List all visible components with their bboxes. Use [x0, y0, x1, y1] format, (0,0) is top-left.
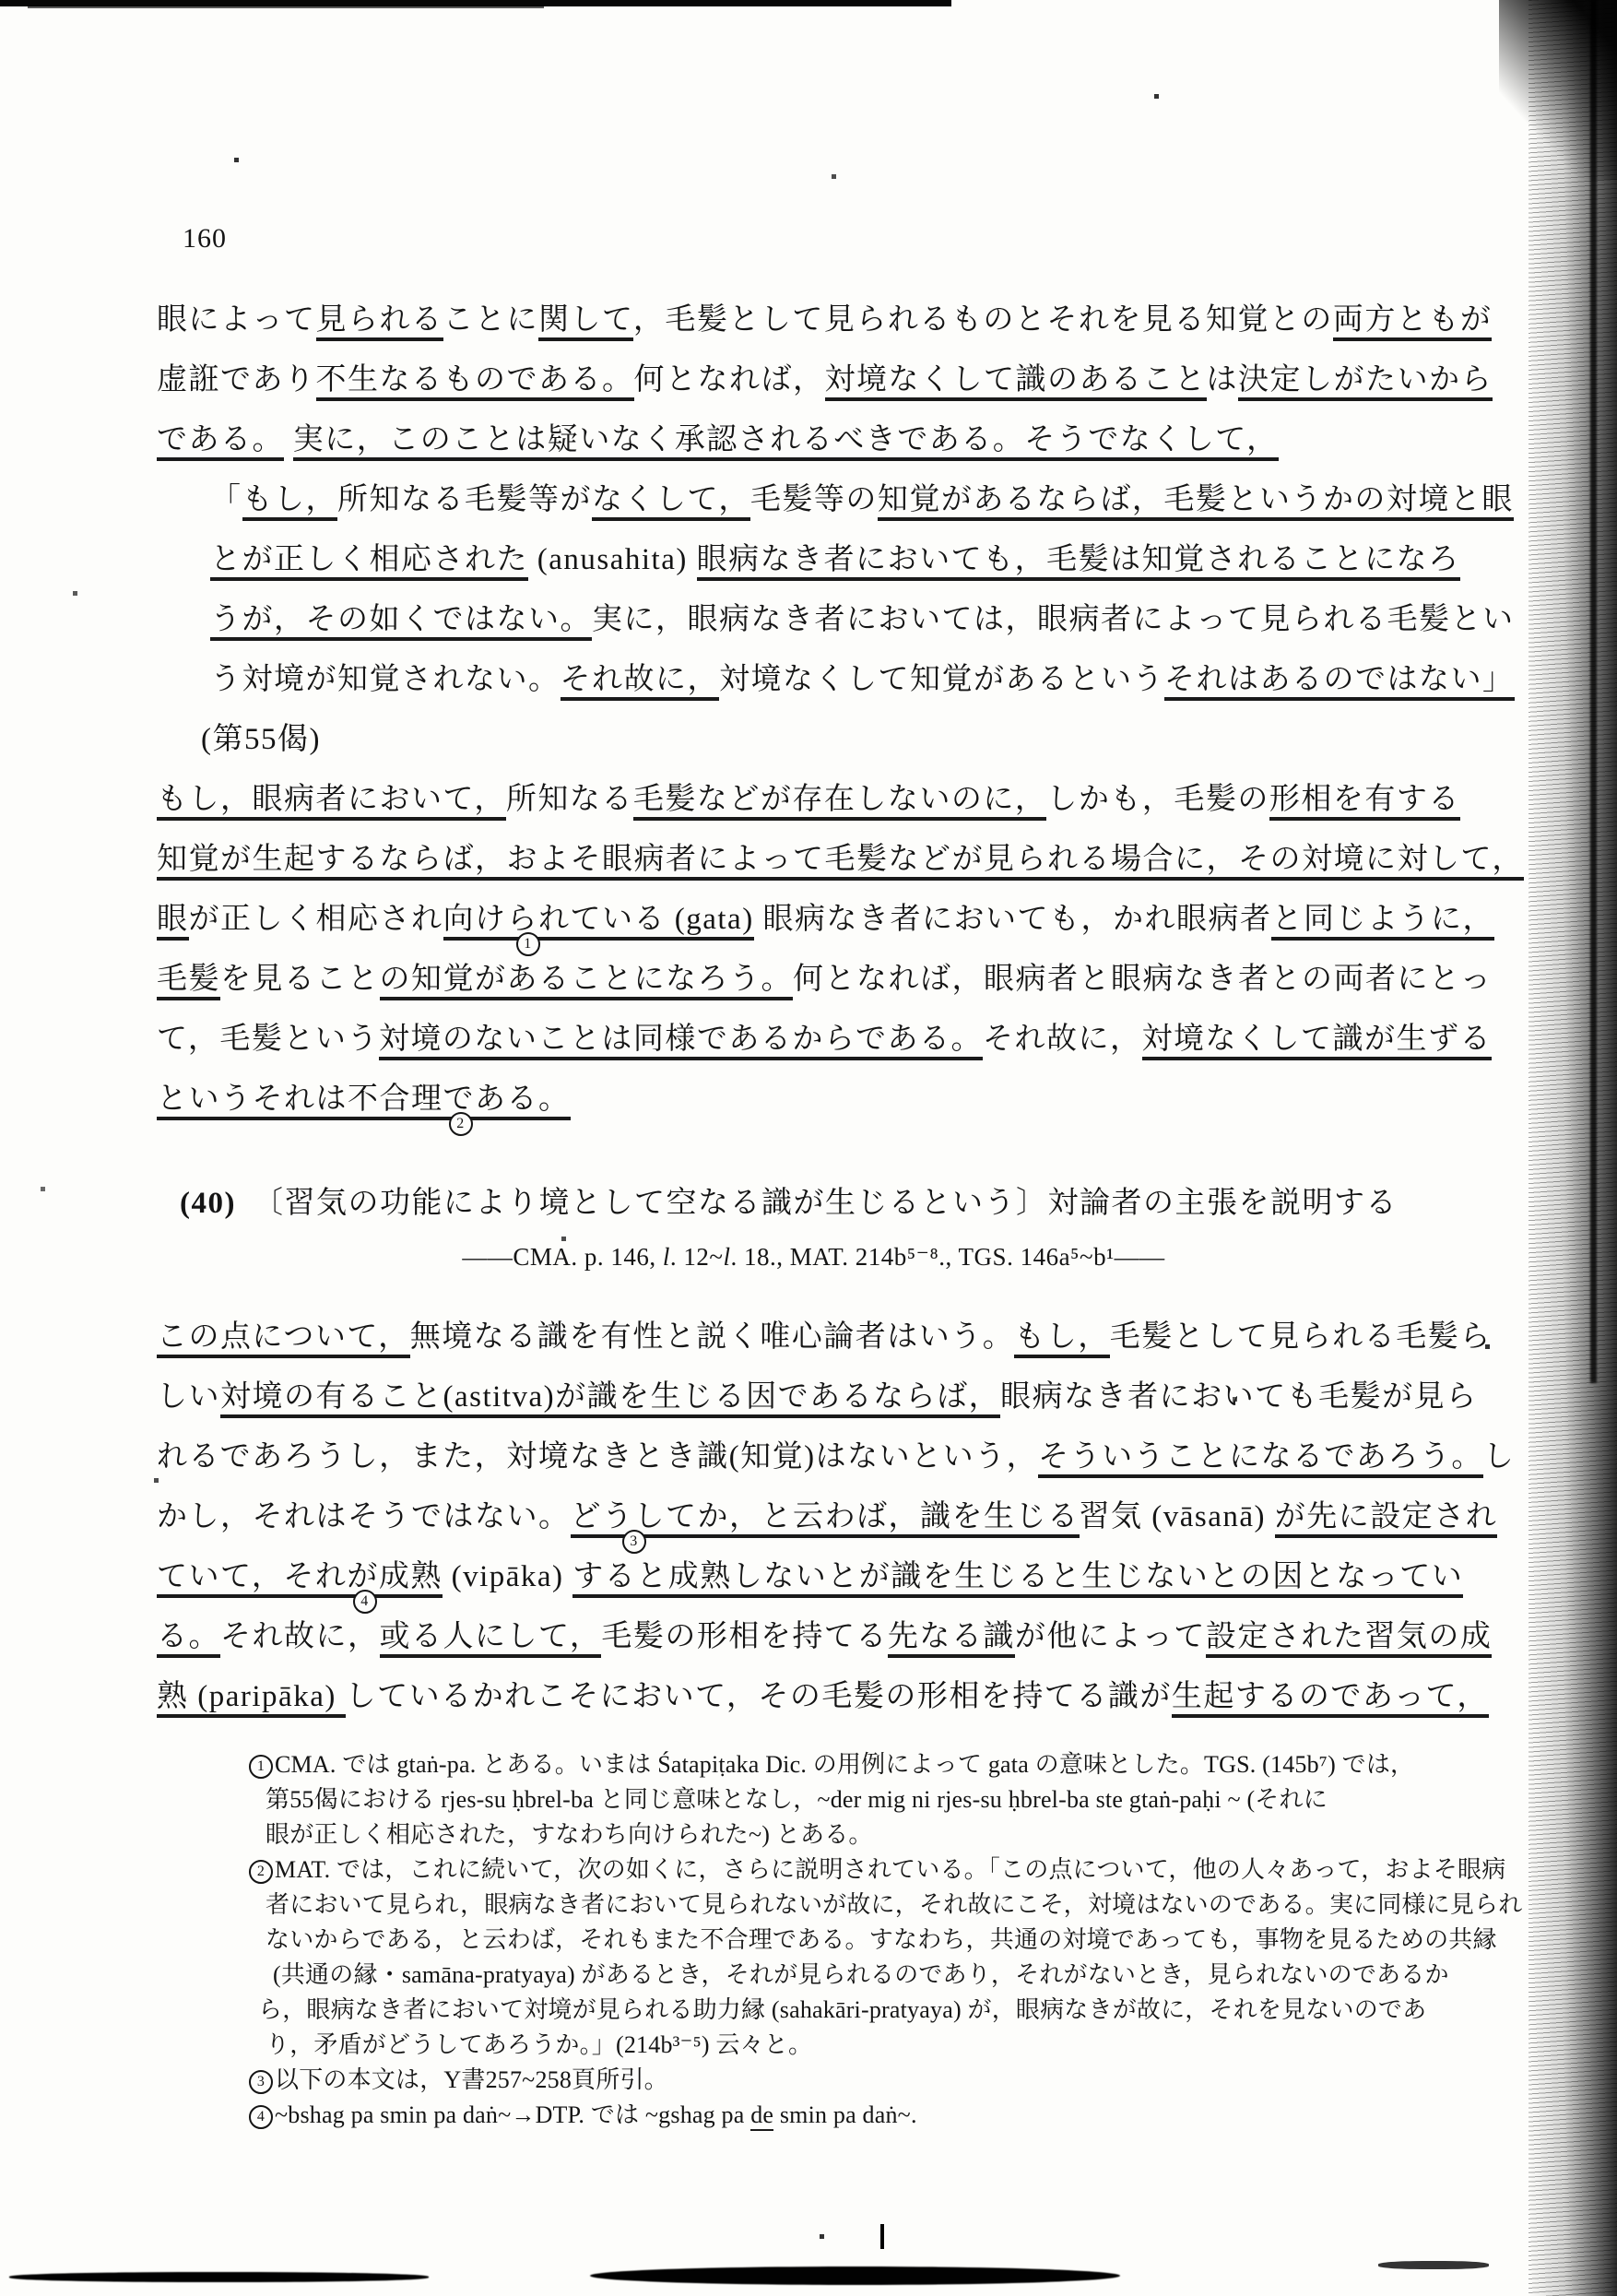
text-segment: が正しく相応され: [189, 903, 443, 936]
text-segment: ないからである，と云わば，それもまた不合理である。すなわち，共通の対境であっても…: [266, 1926, 1497, 1953]
underlined-text: 生起するのであって，: [1172, 1680, 1489, 1718]
underlined-text: 不生なるものである。: [316, 363, 634, 401]
underlined-text: 毛髪などが存在しないのに，: [633, 783, 1047, 821]
text-segment: CMA. では gtaṅ-pa. とある。いまは Śatapiṭaka Dic.…: [275, 1751, 1414, 1778]
text-segment: 所知なる: [506, 783, 633, 816]
text-line: この点について，無境なる識を有性と説く唯心論者はいう。もし，毛髪として見られる毛…: [157, 1308, 1470, 1367]
underlined-text: である。: [157, 423, 284, 461]
text-line: 虚誑であり不生なるものである。何となれば，対境なくして識のあることは決定しがたい…: [157, 350, 1470, 410]
underlined-text: 実に，このことは疑いなく承認されるべきである。そうでなくして，: [293, 423, 1279, 461]
text-segment: ，毛髪として見られるものとそれを見る知覚との: [633, 303, 1333, 337]
section-heading: (40) 〔習気の功能により境として空なる識が生じるという〕対論者の主張を説明す…: [157, 1174, 1470, 1234]
citation-line: ——CMA. p. 146, l. 12~l. 18., MAT. 214b⁵⁻…: [157, 1234, 1470, 1280]
underlined-text: 対境の有ること(astitva)が識を生じる因であるならば，: [220, 1380, 1000, 1418]
text-line: 4~bshag pa smin pa daṅ~→DTP. では ~gshag p…: [249, 2098, 1470, 2133]
text-line: 毛髪を見ることの知覚があることになろう。何となれば，眼病者と眼病なき者との両者に…: [157, 950, 1470, 1010]
text-line: 眼が正しく相応された，すなわち向けられた~) とある。: [249, 1817, 1470, 1852]
footnote-marker: 4: [249, 2105, 273, 2129]
underlined-text: すると成熟しないとが識を生じると生じないとの因となってい: [572, 1560, 1463, 1598]
text-line: かし，それはそうではない。どうしてか，と云わば，識を生じる習気 (vāsanā)…: [157, 1487, 1470, 1547]
text-line: しい対境の有ること(astitva)が識を生じる因であるならば，眼病なき者におい…: [157, 1367, 1470, 1427]
text-line: ていて，それが成熟 (vipāka) すると成熟しないとが識を生じると生じないと…: [157, 1547, 1470, 1607]
text-segment: それ故に，: [983, 1023, 1142, 1056]
underlined-text: 形相を有する: [1269, 783, 1460, 821]
scan-artifact-noise-dots: [0, 0, 3, 3]
underlined-text: 毛髪: [157, 963, 220, 1000]
text-line: る。それ故に，或る人にして，毛髪の形相を持てる先なる識が他によって設定された習気…: [157, 1607, 1470, 1667]
text-segment: は: [1207, 363, 1239, 396]
text-line: ——CMA. p. 146, l. 12~l. 18., MAT. 214b⁵⁻…: [157, 1234, 1470, 1280]
text-segment: が他によって: [1015, 1620, 1206, 1653]
text-segment: (vipāka): [443, 1560, 572, 1593]
footnote-marker: 2: [449, 1112, 473, 1136]
verse-quote: 「もし，所知なる毛髪等がなくして，毛髪等の知覚があるならば，毛髪というかの対境と…: [210, 470, 1470, 710]
text-segment: う対境が知覚されない。: [210, 663, 561, 696]
text-line: 1CMA. では gtaṅ-pa. とある。いまは Śatapiṭaka Dic…: [249, 1747, 1470, 1782]
text-line: もし，眼病者において，所知なる毛髪などが存在しないのに，しかも，毛髪の形相を有す…: [157, 770, 1470, 830]
text-segment: (anusahita): [528, 543, 697, 576]
text-line: て，毛髪という対境のないことは同様であるからである。それ故に，対境なくして識が生…: [157, 1010, 1470, 1070]
text-line: う対境が知覚されない。それ故に，対境なくして知覚があるというそれはあるのではない…: [210, 650, 1470, 710]
scan-artifact-bottom-smear-2: [590, 2266, 1120, 2285]
underlined-text: もし，眼病者において，: [157, 783, 506, 821]
underlined-text: とが正しく相応された: [210, 543, 528, 581]
text-segment: 毛髪の形相を持てる: [601, 1620, 888, 1653]
footnote-marker: 3: [249, 2070, 273, 2094]
text-line: 熟 (paripāka) しているかれこそにおいて，その毛髪の形相を持てる識が生…: [157, 1667, 1470, 1727]
text-segment: しているかれこそにおいて，その毛髪の形相を持てる識が: [346, 1680, 1172, 1713]
text-segment: 眼が正しく相応された，すなわち向けられた~) とある。: [266, 1821, 873, 1848]
text-line: (40) 〔習気の功能により境として空なる識が生じるという〕対論者の主張を説明す…: [157, 1174, 1470, 1234]
underlined-text: 見られる: [316, 303, 443, 341]
text-line: うが，その如くではない。実に，眼病なき者においては，眼病者によって見られる毛髪と…: [210, 590, 1470, 650]
text-segment: 対境なくして知覚があるという: [719, 663, 1164, 696]
underlined-text: それ故に，: [561, 663, 720, 701]
underlined-text: 対境なくして識のあること: [825, 363, 1207, 401]
underlined-text: そういうことになるであろう。: [1038, 1440, 1483, 1478]
underlined-text: 対境のないことは同様であるからである。: [379, 1023, 983, 1060]
underlined-text: 決定しがたいから: [1238, 363, 1493, 401]
underlined-text: が先に設定され: [1275, 1500, 1498, 1538]
underlined-text: うが，その如くではない。: [210, 603, 592, 641]
text-segment: (第55偈): [201, 723, 321, 756]
page-number: 160: [183, 223, 227, 254]
text-segment: しい: [157, 1380, 220, 1414]
text-segment: て，毛髪という: [157, 1023, 379, 1056]
text-segment: 何となれば，: [634, 363, 825, 396]
text-line: (第55偈): [157, 710, 1470, 770]
underlined-text: 関して: [538, 303, 633, 341]
text-segment: 「: [210, 483, 242, 516]
text-segment: 眼病なき者においても，かれ眼病者: [754, 903, 1272, 936]
text-segment: 〔習気の功能により境として空なる識が生じるという〕対論者の主張を説明する: [236, 1187, 1398, 1220]
text-segment: 毛髪等の: [750, 483, 878, 516]
text-line: ら，眼病なき者において対境が見られる助力縁 (sahakāri-pratyaya…: [249, 1993, 1470, 2028]
text-segment: 者において見られ，眼病なき者において見られないが故に，それ故にこそ，対境はないの…: [266, 1891, 1522, 1918]
scan-artifact-bottom-smear-3: [1378, 2261, 1489, 2269]
text-segment: (共通の縁・samāna-pratyaya) があるとき，それが見られるのであり…: [273, 1961, 1449, 1988]
text-segment: ことに: [443, 303, 539, 337]
underlined-text: 眼: [157, 903, 189, 941]
underlined-text: というそれは不合理である。: [157, 1083, 571, 1120]
text-segment: 眼病なき者においても毛髪が見ら: [1000, 1380, 1478, 1414]
underlined-text: もし，: [242, 483, 338, 521]
text-line: である。 実に，このことは疑いなく承認されるべきである。そうでなくして，: [157, 410, 1470, 470]
scan-artifact-tick: [880, 2224, 884, 2249]
underlined-text: de: [750, 2101, 773, 2131]
text-segment: り，矛盾がどうしてあろうか。」(214b³⁻⁵) 云々と。: [266, 2031, 812, 2058]
text-segment: l: [663, 1243, 670, 1271]
underlined-text: 先なる識: [888, 1620, 1015, 1658]
text-line: (共通の縁・samāna-pratyaya) があるとき，それが見られるのであり…: [249, 1958, 1470, 1993]
text-line: 2MAT. では，これに続いて，次の如くに，さらに説明されている。「この点につい…: [249, 1852, 1470, 1888]
text-segment: を見ること: [220, 963, 380, 996]
underlined-text: 対境なくして識が生ずる: [1142, 1023, 1493, 1060]
paragraph-3: この点について，無境なる識を有性と説く唯心論者はいう。もし，毛髪として見られる毛…: [157, 1308, 1470, 1727]
text-segment: 無境なる識を有性と説く唯心論者はいう。: [410, 1320, 1015, 1354]
scanned-document-page: 160 眼によって見られることに関して，毛髪として見られるものとそれを見る知覚と…: [0, 0, 1617, 2296]
text-root: 眼によって見られることに関して，毛髪として見られるものとそれを見る知覚との両方と…: [157, 290, 1470, 2133]
underlined-text: 熟 (paripāka): [157, 1680, 346, 1718]
verse-label: (第55偈): [157, 710, 1470, 770]
underlined-text: の知覚があることになろう。: [380, 963, 794, 1000]
text-line: 眼が正しく相応され向けられている (gata) 眼病なき者においても，かれ眼病者…: [157, 890, 1470, 950]
text-segment: . 12~: [670, 1243, 724, 1271]
text-line: というそれは不合理である。2: [157, 1070, 1470, 1130]
text-segment: 眼によって: [157, 303, 316, 337]
underlined-text: 両方ともが: [1333, 303, 1493, 341]
paragraph-2: もし，眼病者において，所知なる毛髪などが存在しないのに，しかも，毛髪の形相を有す…: [157, 770, 1470, 1130]
text-line: 者において見られ，眼病なき者において見られないが故に，それ故にこそ，対境はないの…: [249, 1888, 1470, 1923]
text-segment: [284, 423, 293, 456]
text-segment: 所知なる毛髪等が: [337, 483, 592, 516]
text-line: 3以下の本文は，Y書257~258頁所引。: [249, 2063, 1470, 2098]
underlined-text: それはあるのではない」: [1164, 663, 1515, 701]
footnote-marker: 1: [249, 1755, 273, 1779]
text-segment: (40): [180, 1187, 236, 1220]
text-segment: 虚誑であり: [157, 363, 316, 396]
text-line: ないからである，と云わば，それもまた不合理である。すなわち，共通の対境であっても…: [249, 1923, 1470, 1958]
scan-artifact-binding-edge: [1528, 0, 1617, 2296]
text-segment: 習気 (vāsanā): [1080, 1500, 1275, 1533]
underlined-text: 眼病なき者においても，毛髪は知覚されることになろ: [697, 543, 1460, 581]
underlined-text: 或る人にして，: [380, 1620, 602, 1658]
text-line: れるであろうし，また，対境なきとき識(知覚)はないという，そういうことになるであ…: [157, 1427, 1470, 1487]
text-line: 「もし，所知なる毛髪等がなくして，毛髪等の知覚があるならば，毛髪というかの対境と…: [210, 470, 1470, 530]
text-segment: かし，それはそうではない。: [157, 1500, 571, 1533]
underlined-text: る。: [157, 1620, 220, 1658]
underlined-text: なくして，: [592, 483, 750, 521]
text-segment: 何となれば，眼病者と眼病なき者との両者にとっ: [793, 963, 1492, 996]
paragraph-1: 眼によって見られることに関して，毛髪として見られるものとそれを見る知覚との両方と…: [157, 290, 1470, 470]
underlined-text: 知覚があるならば，毛髪というかの対境と眼: [878, 483, 1514, 521]
scan-artifact-top-edge-2: [28, 6, 544, 8]
footnotes: 1CMA. では gtaṅ-pa. とある。いまは Śatapiṭaka Dic…: [249, 1747, 1470, 2133]
text-line: 眼によって見られることに関して，毛髪として見られるものとそれを見る知覚との両方と…: [157, 290, 1470, 350]
underlined-text: 向けられている (gata): [443, 903, 754, 941]
text-segment: ~bshag pa smin pa daṅ~→DTP. では ~gshag pa: [275, 2101, 750, 2128]
underlined-text: 知覚が生起するならば，およそ眼病者によって毛髪などが見られる場合に，その対境に対…: [157, 843, 1524, 881]
text-line: 第55偈における rjes-su ḥbrel-ba と同じ意味となし，~der …: [249, 1782, 1470, 1817]
text-segment: ——CMA. p. 146,: [462, 1243, 663, 1271]
text-segment: 以下の本文は，Y書257~258頁所引。: [275, 2066, 668, 2093]
text-segment: MAT. では，これに続いて，次の如くに，さらに説明されている。「この点について…: [275, 1856, 1505, 1883]
underlined-text: と同じように，: [1271, 903, 1494, 941]
text-segment: しかも，毛髪の: [1046, 783, 1269, 816]
text-line: り，矛盾がどうしてあろうか。」(214b³⁻⁵) 云々と。: [249, 2028, 1470, 2063]
underlined-text: この点について，: [157, 1320, 410, 1358]
underlined-text: ていて，それが成熟: [157, 1560, 443, 1598]
text-segment: 第55偈における rjes-su ḥbrel-ba と同じ意味となし，~der …: [266, 1786, 1328, 1813]
text-segment: れるであろうし，また，対境なきとき識(知覚)はないという，: [157, 1440, 1038, 1473]
underlined-text: どうしてか，と云わば，識を生じる: [571, 1500, 1080, 1538]
text-segment: smin pa daṅ~.: [773, 2101, 917, 2128]
scan-artifact-bottom-smear-1: [9, 2272, 429, 2282]
text-segment: ら，眼病なき者において対境が見られる助力縁 (sahakāri-pratyaya…: [258, 1996, 1426, 2023]
underlined-text: 設定された習気の成: [1206, 1620, 1493, 1658]
text-segment: . 18., MAT. 214b⁵⁻⁸., TGS. 146a⁵~b¹——: [730, 1243, 1164, 1271]
text-line: とが正しく相応された (anusahita) 眼病なき者においても，毛髪は知覚さ…: [210, 530, 1470, 590]
text-segment: し: [1483, 1440, 1516, 1473]
text-segment: 実に，眼病なき者においては，眼病者によって見られる毛髪とい: [592, 603, 1515, 636]
text-segment: 毛髪として見られる毛髪ら: [1110, 1320, 1492, 1354]
footnote-marker: 2: [249, 1860, 273, 1884]
scan-artifact-binding-line: [1590, 0, 1597, 1383]
underlined-text: もし，: [1014, 1320, 1110, 1358]
text-line: 知覚が生起するならば，およそ眼病者によって毛髪などが見られる場合に，その対境に対…: [157, 830, 1470, 890]
text-segment: それ故に，: [220, 1620, 380, 1653]
